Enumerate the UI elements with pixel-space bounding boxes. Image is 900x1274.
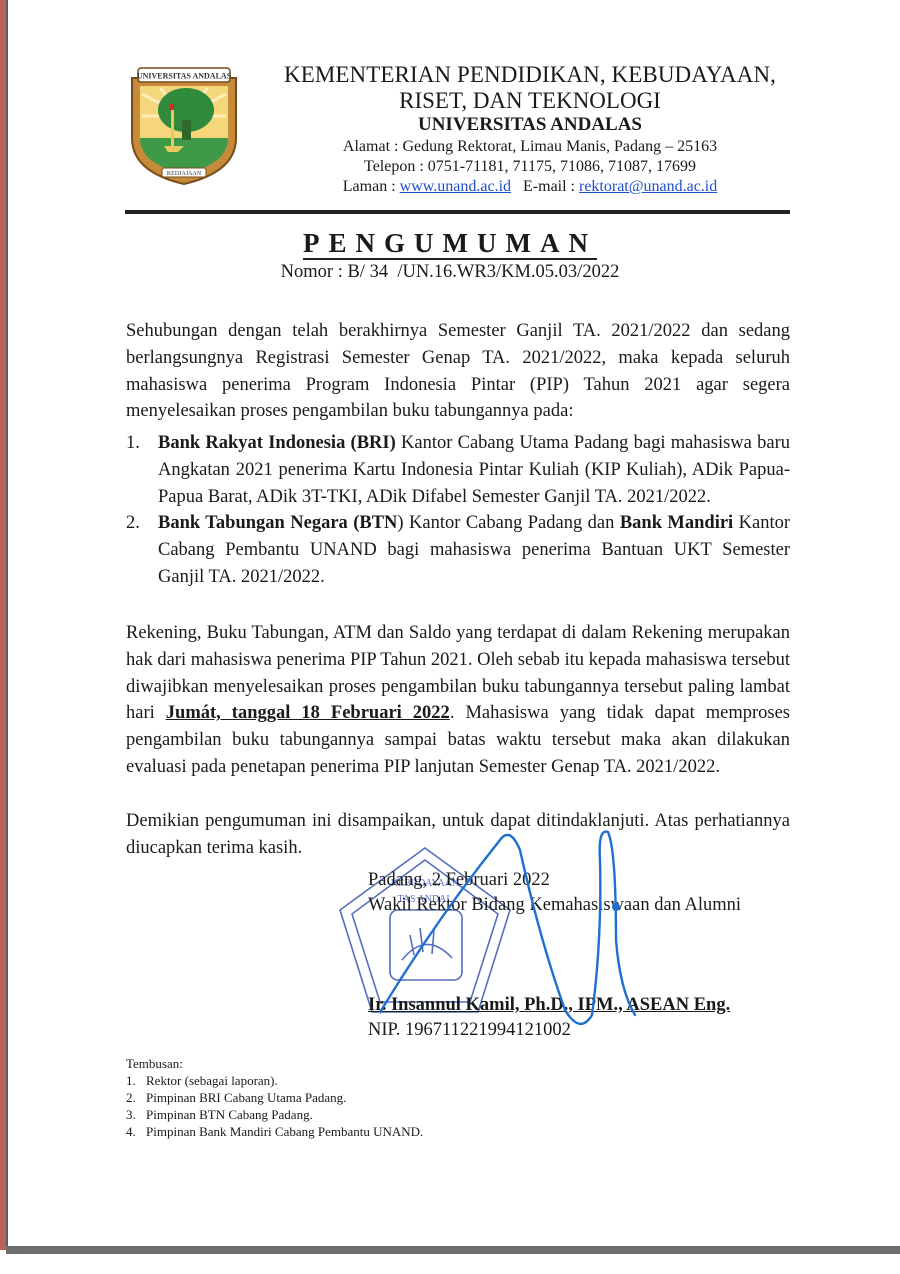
list-item: 1.Bank Rakyat Indonesia (BRI) Kantor Cab… xyxy=(126,430,790,510)
cc-item: 1.Rektor (sebagai laporan). xyxy=(126,1072,423,1089)
phone: Telepon : 0751-71181, 71175, 71086, 7108… xyxy=(250,158,810,176)
ministry-name-line2: RISET, DAN TEKNOLOGI xyxy=(250,88,810,114)
bank-list: 1.Bank Rakyat Indonesia (BRI) Kantor Cab… xyxy=(126,430,790,591)
university-name: UNIVERSITAS ANDALAS xyxy=(250,114,810,136)
document-number: Nomor : B/ 34 /UN.16.WR3/KM.05.03/2022 xyxy=(0,262,900,283)
web-label: Laman : xyxy=(343,178,400,195)
cc-title: Tembusan: xyxy=(126,1055,183,1072)
deadline-date: Jumát, tanggal 18 Februari 2022 xyxy=(166,703,450,723)
address: Alamat : Gedung Rektorat, Limau Manis, P… xyxy=(250,138,810,156)
ministry-name-line1: KEMENTERIAN PENDIDIKAN, KEBUDAYAAN, xyxy=(250,62,810,88)
university-crest-icon: UNIVERSITAS ANDALAS KEDJAJAAN xyxy=(124,64,244,188)
letterhead-divider xyxy=(125,210,790,214)
paragraph-deadline: Rekening, Buku Tabungan, ATM dan Saldo y… xyxy=(126,620,790,781)
scan-bottom-edge xyxy=(6,1246,900,1254)
cc-item: 4.Pimpinan Bank Mandiri Cabang Pembantu … xyxy=(126,1123,423,1140)
handwritten-signature-icon xyxy=(380,820,720,1060)
cc-item: 3.Pimpinan BTN Cabang Padang. xyxy=(126,1106,423,1123)
document-title: PENGUMUMAN xyxy=(0,228,900,259)
svg-text:UNIVERSITAS ANDALAS: UNIVERSITAS ANDALAS xyxy=(137,72,232,81)
list-item: 2.Bank Tabungan Negara (BTN) Kantor Caba… xyxy=(126,510,790,590)
website-link[interactable]: www.unand.ac.id xyxy=(400,178,511,195)
email-link[interactable]: rektorat@unand.ac.id xyxy=(579,178,717,195)
scan-left-edge-line xyxy=(6,0,8,1250)
paragraph-intro: Sehubungan dengan telah berakhirnya Seme… xyxy=(126,318,790,425)
contact-links: Laman : www.unand.ac.id E-mail : rektora… xyxy=(250,178,810,196)
email-label: E-mail : xyxy=(523,178,579,195)
svg-text:KEDJAJAAN: KEDJAJAAN xyxy=(167,171,202,177)
cc-item: 2.Pimpinan BRI Cabang Utama Padang. xyxy=(126,1089,423,1106)
cc-list: 1.Rektor (sebagai laporan). 2.Pimpinan B… xyxy=(126,1072,423,1140)
